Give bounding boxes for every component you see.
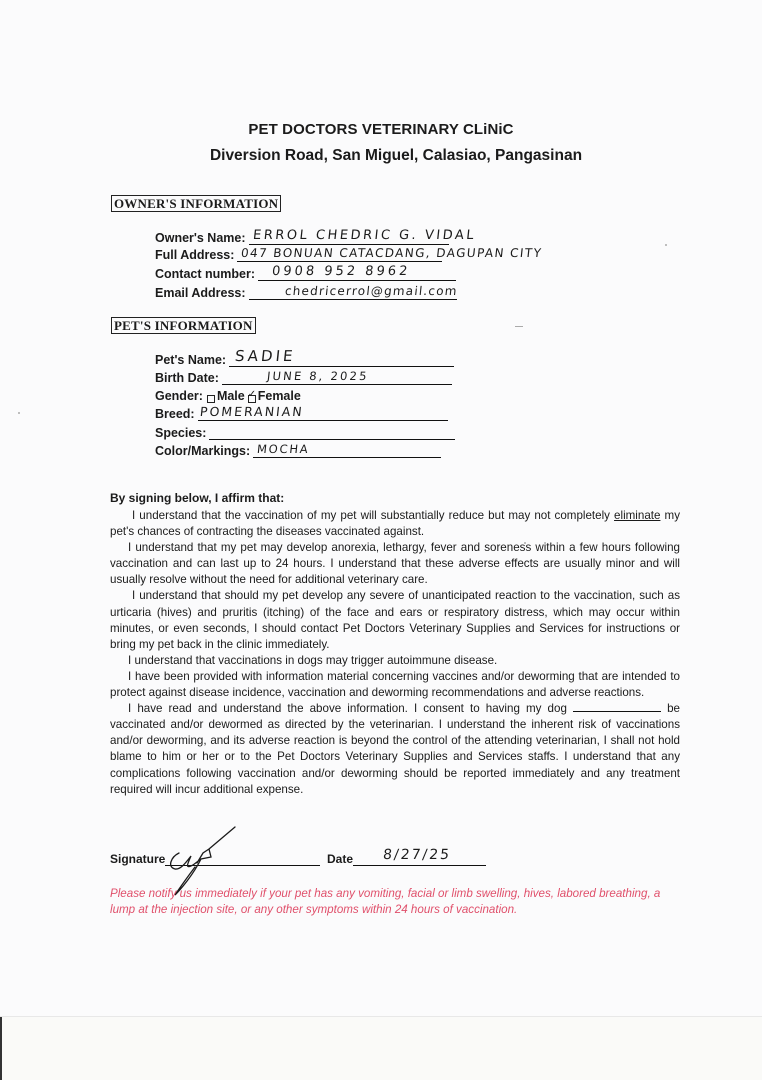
affirmation-paragraph-5: I have been provided with information ma… [110,669,680,701]
contact-number-field[interactable]: Contact number: 0908 952 8962 [155,266,456,281]
owner-section-heading: OWNER'S INFORMATION [111,195,281,212]
color-markings-label: Color/Markings: [155,444,250,458]
affirmation-paragraph-4: I understand that vaccinations in dogs m… [110,653,680,669]
post-vaccination-notice: Please notify us immediately if your pet… [110,886,670,918]
breed-value: POMERANIAN [199,404,304,419]
color-markings-value: MOCHA [256,442,310,456]
birth-date-value: JUNE 8, 2025 [266,369,369,383]
signature-field[interactable]: Signature [110,852,320,866]
clinic-address: Diversion Road, San Miguel, Calasiao, Pa… [0,147,762,165]
pet-name-field[interactable]: Pet's Name: SADIE [155,352,454,367]
scan-edge [0,1017,2,1080]
email-address-label: Email Address: [155,286,246,300]
pet-section-heading: PET'S INFORMATION [111,317,256,334]
owner-name-field[interactable]: Owner's Name: ERROL CHEDRIC G. VIDAL [155,230,449,245]
breed-field[interactable]: Breed: POMERANIAN [155,406,448,421]
species-field[interactable]: Species: [155,425,455,440]
affirmation-body: I understand that the vaccination of my … [110,508,680,798]
email-address-field[interactable]: Email Address: chedricerrol@gmail.com [155,285,457,300]
species-label: Species: [155,426,206,440]
birth-date-field[interactable]: Birth Date: JUNE 8, 2025 [155,370,452,385]
date-line[interactable]: 8/27/25 [353,853,486,866]
clinic-name: PET DOCTORS VETERINARY CLiNiC [0,121,762,138]
breed-label: Breed: [155,407,195,421]
affirmation-paragraph-6: I have read and understand the above inf… [110,701,680,798]
female-checkbox[interactable]: ✓ [248,395,256,403]
date-value: 8/27/25 [382,847,452,863]
affirmation-paragraph-3: I understand that should my pet develop … [110,588,680,652]
birth-date-label: Birth Date: [155,371,219,385]
male-checkbox[interactable] [207,395,215,403]
affirmation-p1-text: I understand that the vaccination of my … [132,509,614,522]
owner-name-label: Owner's Name: [155,231,246,245]
affirmation-heading: By signing below, I affirm that: [110,491,284,505]
affirmation-paragraph-2: I understand that my pet may develop ano… [110,540,680,588]
affirmation-paragraph-1: I understand that the vaccination of my … [110,508,680,540]
dog-name-blank[interactable] [573,701,661,712]
gender-label: Gender: [155,389,203,403]
scan-speck [18,412,20,414]
scan-bottom-strip [0,1016,762,1080]
check-mark-icon: ✓ [248,390,256,400]
contact-number-value: 0908 952 8962 [271,264,411,279]
color-markings-field[interactable]: Color/Markings: MOCHA [155,443,441,458]
gender-field: Gender: Male ✓ Female [155,389,301,403]
pet-name-label: Pet's Name: [155,353,226,367]
affirmation-p1-underlined: eliminate [614,509,660,522]
date-label: Date [327,852,353,866]
scan-speck [665,244,667,246]
affirmation-p6-text-end: be vaccinated and/or dewormed as directe… [110,702,680,795]
date-field[interactable]: Date 8/27/25 [327,852,486,866]
affirmation-p6-text: I have read and understand the above inf… [128,702,573,715]
full-address-value: 047 BONUAN CATACDANG, DAGUPAN CITY [241,246,544,260]
form-page: PET DOCTORS VETERINARY CLiNiC Diversion … [0,0,762,1016]
owner-name-value: ERROL CHEDRIC G. VIDAL [252,228,477,243]
female-option-label: Female [258,389,301,403]
scan-speck [524,542,526,544]
contact-number-label: Contact number: [155,267,255,281]
scan-speck [515,326,523,327]
full-address-label: Full Address: [155,248,234,262]
male-option-label: Male [217,389,245,403]
full-address-field[interactable]: Full Address: 047 BONUAN CATACDANG, DAGU… [155,247,442,262]
signature-line[interactable] [165,853,320,866]
email-address-value: chedricerrol@gmail.com [284,284,458,298]
pet-name-value: SADIE [234,347,296,365]
